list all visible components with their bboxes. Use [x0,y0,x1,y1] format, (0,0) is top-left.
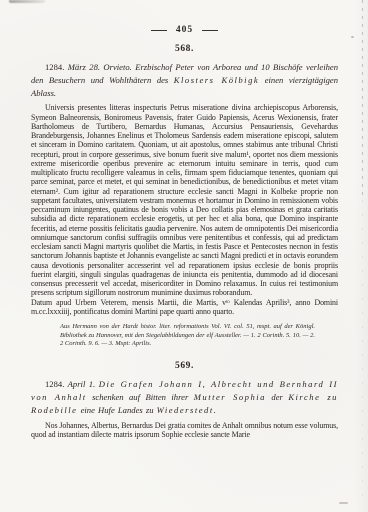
page-header: 405 [31,25,338,35]
entry-body-latin: Nos Johannes, Albertus, Bernardus Dei gr… [31,421,338,440]
source-note: Aus Hermann von der Hardt histor. liter.… [60,323,315,348]
entry-number: 569. [31,361,338,371]
heading-year: 1284. [45,62,64,72]
heading-segment-spaced: Klosters Kölbigk [174,75,259,85]
page-edge-perforation-line [362,0,364,200]
page-edge-perforation-line-lower [362,200,363,500]
heading-segment: April 1. [64,379,98,389]
scan-speck-bottom-right [339,502,348,504]
page-number-dash-left [151,30,167,32]
charter-entry-568: 568. 1284. März 28. Orvieto. Erzbischof … [31,44,338,348]
page-number-dash-right [202,30,218,32]
page-number: 405 [176,25,193,35]
heading-segment-spaced: Wiederstedt [157,405,214,415]
heading-segment: schenken auf Bitten ihrer [87,392,194,402]
page-content: 405 568. 1284. März 28. Orvieto. Erzbisc… [31,25,338,439]
heading-year: 1284. [45,379,64,389]
entry-heading: 1284. März 28. Orvieto. Erzbischof Peter… [31,61,338,99]
entry-datum-line: Datum apud Urbem Veterem, mensis Martii,… [31,298,338,317]
heading-segment-spaced: Mutter Sophia [194,392,266,402]
scanned-book-page: 405 568. 1284. März 28. Orvieto. Erzbisc… [0,0,368,512]
scan-speck [351,36,354,38]
heading-segment: der [266,392,288,402]
entry-number: 568. [31,44,338,54]
charter-entry-569: 569. 1284. April 1. Die Grafen Johann I,… [31,361,338,439]
heading-segment: . [214,405,216,415]
entry-body-latin: Universis presentes litteras inspecturis… [31,103,338,297]
entry-heading: 1284. April 1. Die Grafen Johann I, Albr… [31,378,338,416]
heading-segment: eine Hufe Landes zu [77,405,156,415]
scan-smudge-top-left [9,0,45,3]
